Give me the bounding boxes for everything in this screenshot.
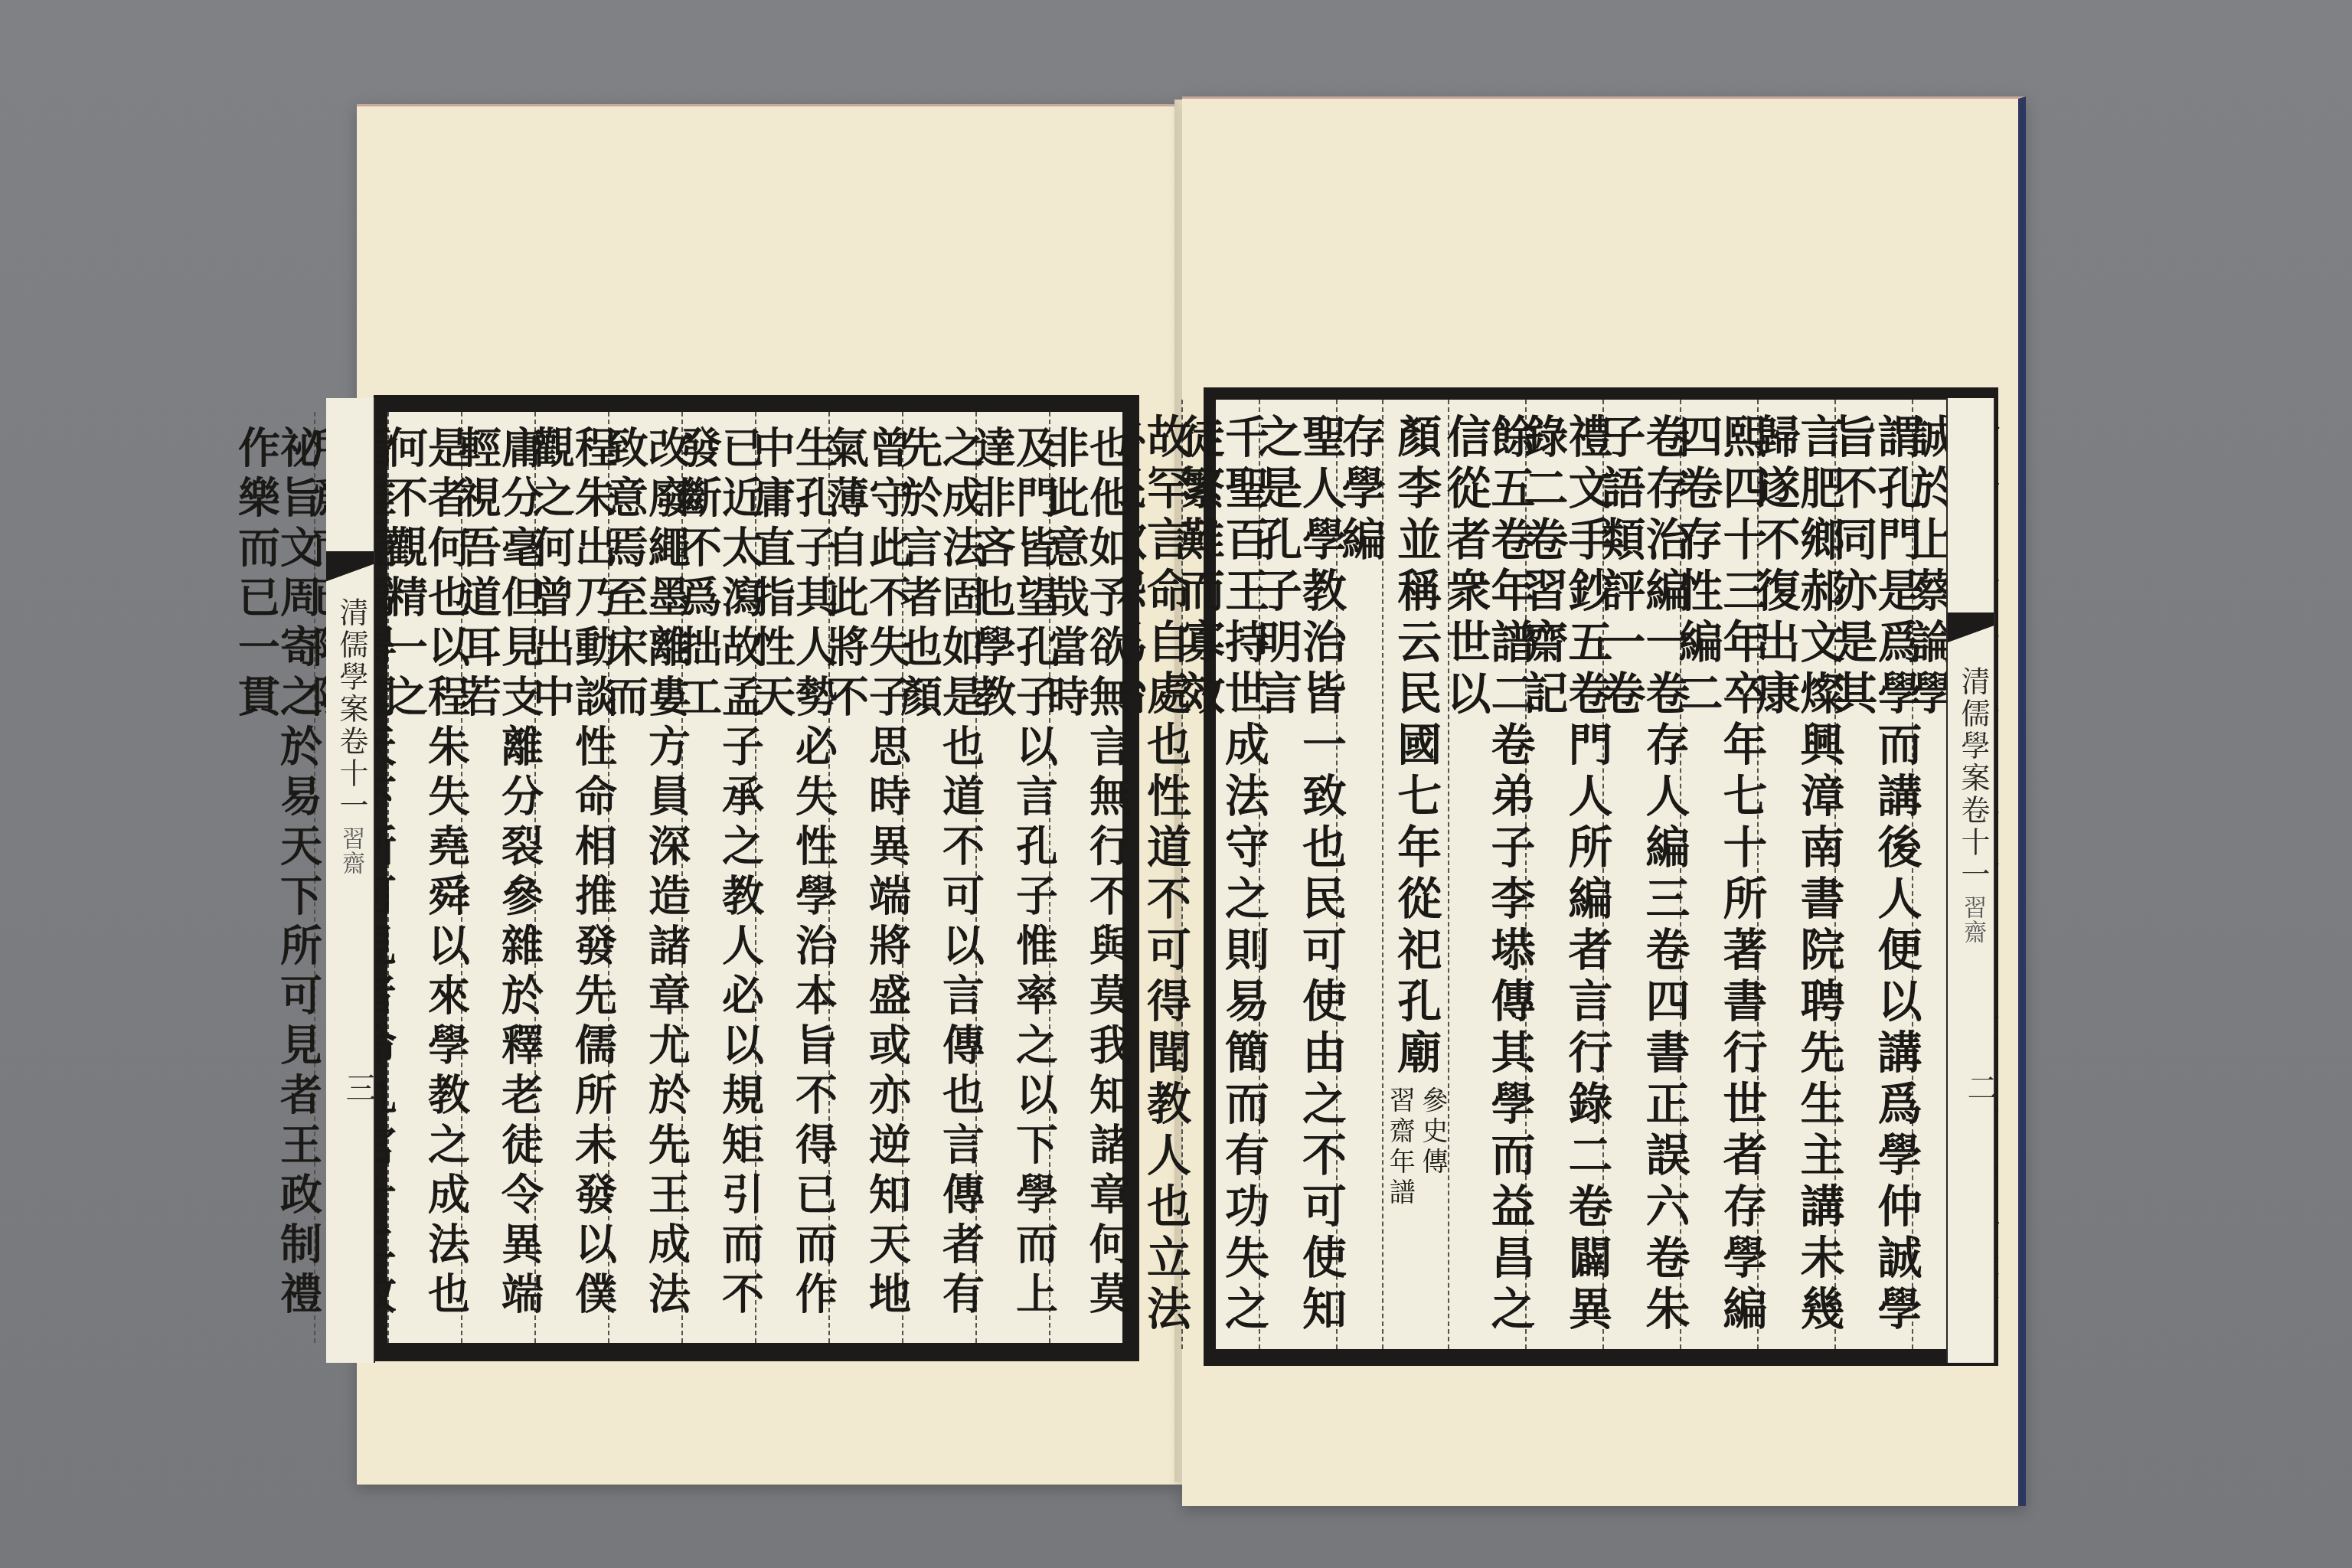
text-column: 聖人學教治皆一致也民可使由之不可使知之是孔子明言: [1259, 400, 1336, 1349]
text-column: 之成法固如是也道不可以言傳也言傳者有先於言者也顏: [902, 412, 975, 1343]
right-page-columns: 肆於開封借以閱人夏峯已歿訪其執友張仲誠於上蔡論學 謂孔門是爲學而講後人便以講爲學…: [1216, 400, 1989, 1349]
text-column: 庸分毫但見支離分裂參雜於釋老徒令異端輕視吾道耳若: [461, 412, 534, 1343]
text-column: 曾守此不失子思時異端將盛或亦逆知天地氣薄自此將不: [828, 412, 902, 1343]
text-column: 卷存治編一卷存人編三卷四書正誤六卷朱子語類評一卷: [1602, 400, 1680, 1349]
folio-number: 三: [337, 1072, 381, 1102]
text-column: 謂孔門是爲學而講後人便以講爲學仲誠學旨不同亦是其: [1834, 400, 1912, 1349]
folio-number: 二: [1958, 1072, 2002, 1102]
running-title: 清儒學案卷十一: [331, 597, 373, 822]
text-column: 千聖百王持世成法守之則易簡而有功失之徒繁難而寡效: [1181, 400, 1259, 1349]
source-note: 參史傳: [1416, 1086, 1448, 1209]
left-page-columns: 也他如予欲無言無行不與莫我知諸章何莫非此意哉當時 及門皆望孔子以言孔子惟率之以下…: [387, 412, 1122, 1343]
text-column: 祕旨文周寄之於易天下所可見者王政制禮作樂而已一貫: [240, 412, 314, 1343]
studio-name: 習齋: [334, 827, 367, 876]
open-book: 肆於開封借以閱人夏峯已歿訪其執友張仲誠於上蔡論學 謂孔門是爲學而講後人便以講爲學…: [0, 0, 2352, 1568]
fishtail-mark-icon: [326, 551, 374, 600]
source-note: 習齋年譜: [1383, 1086, 1415, 1209]
fishtail-mark-icon: [1948, 612, 1994, 661]
text-column: 禮文手鈔五卷門人所編者言行錄二卷闢異錄二卷習齋記: [1525, 400, 1602, 1349]
text-column: 生孔子其人勢必失性學治本旨不得已而作中庸直指性天: [755, 412, 828, 1343]
running-title: 清儒學案卷十一: [1952, 666, 1994, 891]
right-page-banxin: 清儒學案卷十一 習齋 二: [1946, 398, 1995, 1363]
text-column: 熙四十三年卒年七十所著書行世者存學編四卷存性編二: [1680, 400, 1757, 1349]
right-page-text-frame: 肆於開封借以閱人夏峯已歿訪其執友張仲誠於上蔡論學 謂孔門是爲學而講後人便以講爲學…: [1204, 387, 1998, 1366]
studio-name: 習齋: [1955, 896, 1989, 945]
text-column: 餘五卷年譜二卷弟子李塨傳其學而益昌之信從者衆世以: [1448, 400, 1525, 1349]
text-column: 是者何也以程朱失堯舜以來學教之成法也何不觀精一之: [387, 412, 461, 1343]
left-page-banxin: 清儒學案卷十一 習齋 三: [326, 398, 375, 1363]
text-column: 言肥鄉郝文燦興漳南書院聘先生主講未幾歸遂不復出康: [1757, 400, 1834, 1349]
text-column: 及門皆望孔子以言孔子惟率之以下學而上達非吝也學教: [975, 412, 1049, 1343]
text-column: 程朱出乃動談性命相推發先儒所未發以僕觀之何曾出中: [534, 412, 608, 1343]
text-column-with-notes: 顏李並稱云民國七年從祀孔廟 參史傳 習齋年譜: [1382, 400, 1448, 1349]
text-column: 也他如予欲無言無行不與莫我知諸章何莫非此意哉當時: [1049, 412, 1122, 1343]
left-page-text-frame: 也他如予欲無言無行不與莫我知諸章何莫非此意哉當時 及門皆望孔子以言孔子惟率之以下…: [374, 395, 1139, 1361]
interlinear-notes: 參史傳 習齋年譜: [1383, 1080, 1448, 1209]
text-column: 已近太瀉故孟子承之教人必以規矩引而不發斷不爲拙工: [681, 412, 755, 1343]
text-column: 改廢繩墨離婁方員深造諸章尤於先王成法致意焉至宋而: [608, 412, 681, 1343]
